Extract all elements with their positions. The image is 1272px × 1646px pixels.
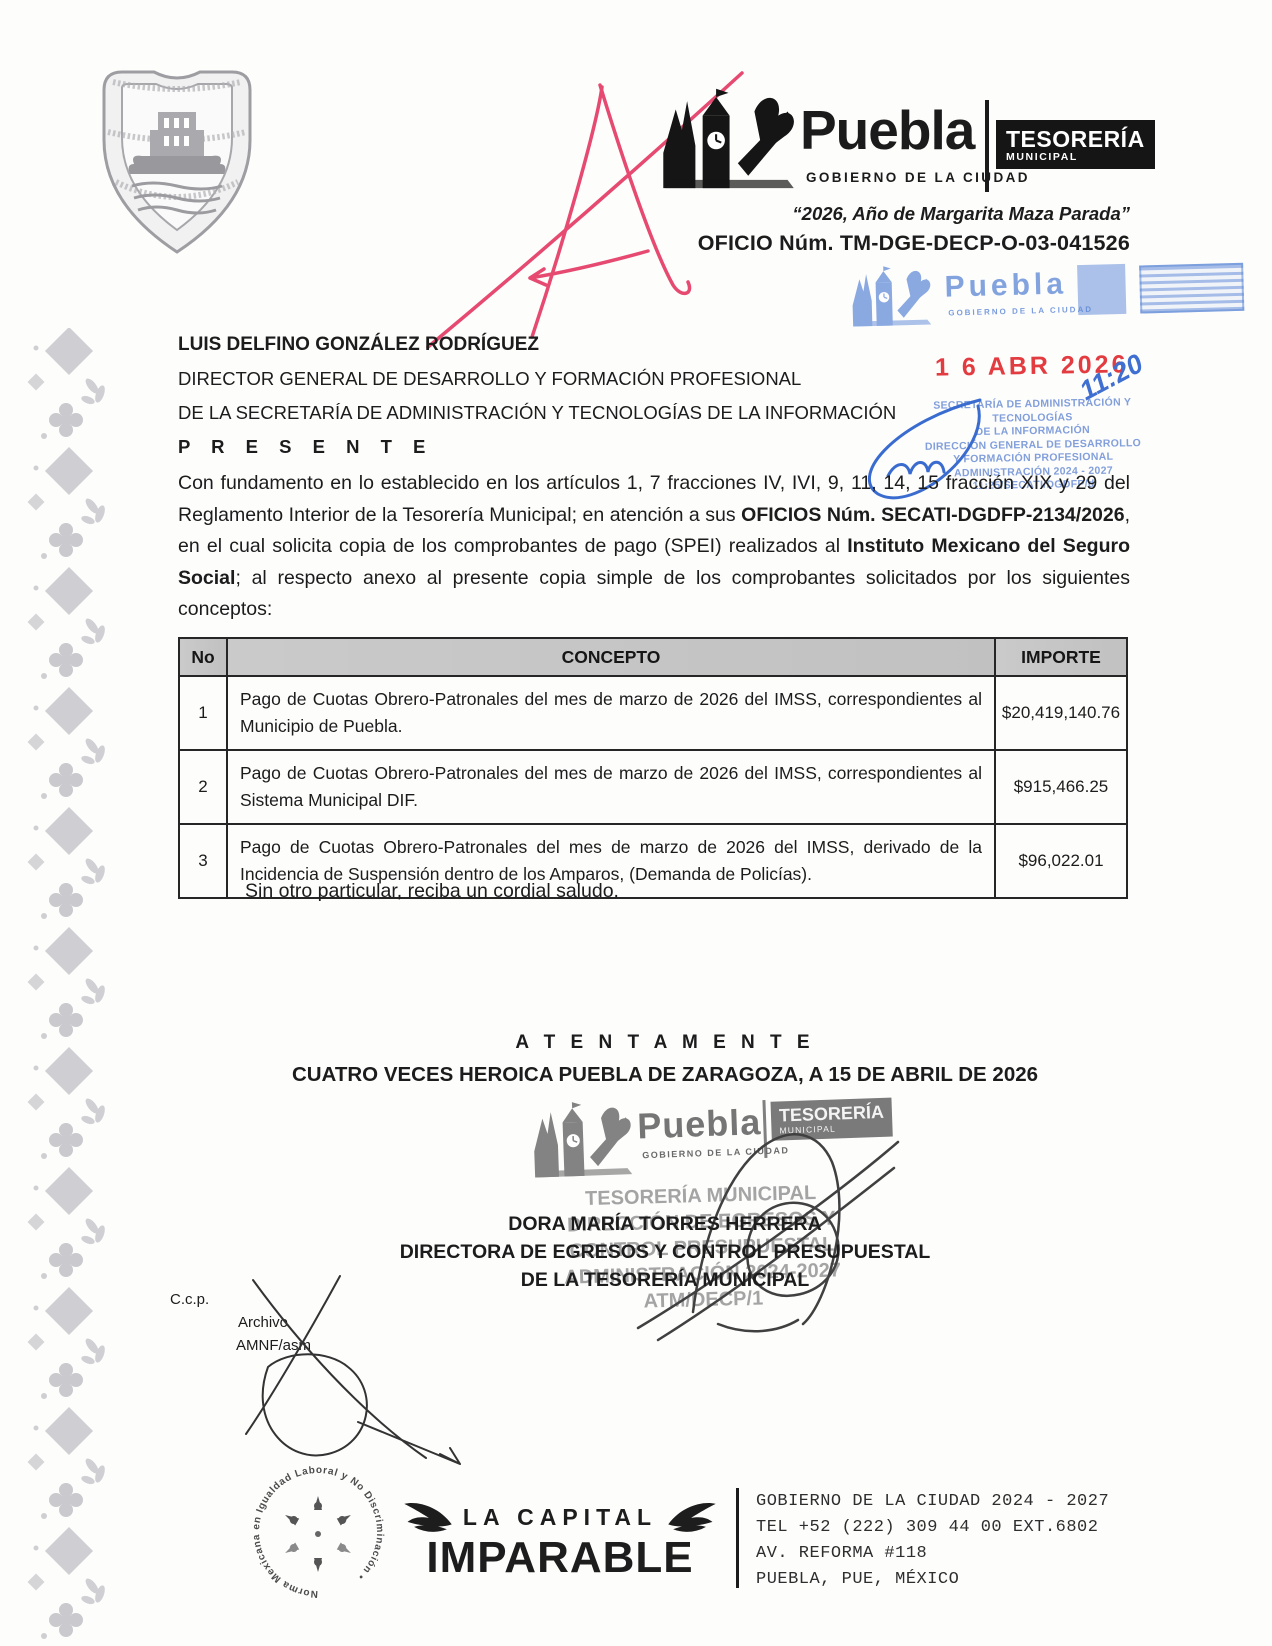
- brand-wordmark: Puebla: [800, 103, 974, 158]
- row-concepto: Pago de Cuotas Obrero-Patronales del mes…: [227, 676, 995, 750]
- row-importe: $915,466.25: [995, 750, 1127, 824]
- wing-right-icon: [665, 1498, 719, 1536]
- oficio-number: OFICIO Núm. TM-DGE-DECP-O-03-041526: [560, 231, 1130, 256]
- atentamente: A T E N T A M E N T E: [160, 1032, 1170, 1054]
- crossout-scribble: [208, 1272, 508, 1472]
- row-no: 1: [179, 676, 227, 750]
- wing-left-icon: [401, 1498, 455, 1536]
- tesoreria-badge-line2: MUNICIPAL: [1006, 151, 1145, 163]
- ccp-label: C.c.p.: [170, 1291, 209, 1308]
- col-header-concepto: CONCEPTO: [227, 638, 995, 676]
- col-header-no: No: [179, 638, 227, 676]
- table-header-row: No CONCEPTO IMPORTE: [179, 638, 1127, 676]
- slogan-top: LA CAPITAL: [463, 1504, 657, 1531]
- table-row: 1 Pago de Cuotas Obrero-Patronales del m…: [179, 676, 1127, 750]
- footer-line: TEL +52 (222) 309 44 00 EXT.6802: [756, 1515, 1109, 1541]
- body-text: ; al respecto anexo al presente copia si…: [178, 567, 1130, 621]
- received-stamp-stripes: [1139, 263, 1244, 314]
- seal-figures: [283, 1496, 353, 1572]
- signature-scribble: [598, 1072, 910, 1347]
- footer-address: GOBIERNO DE LA CIUDAD 2024 - 2027 TEL +5…: [756, 1489, 1109, 1593]
- brand-subtitle: GOBIERNO DE LA CIUDAD: [806, 170, 1030, 185]
- received-stamp: Puebla GOBIERNO DE LA CIUDAD: [844, 257, 1246, 345]
- footer-line: GOBIERNO DE LA CIUDAD 2024 - 2027: [756, 1489, 1109, 1515]
- la-capital-imparable-logo: LA CAPITAL IMPARABLE: [398, 1498, 722, 1580]
- row-no: 2: [179, 750, 227, 824]
- tesoreria-badge: TESORERÍA MUNICIPAL: [996, 120, 1155, 169]
- footer-line: AV. REFORMA #118: [756, 1541, 1109, 1567]
- igualdad-laboral-seal: Norma Mexicana en Igualdad Laboral y No …: [248, 1462, 388, 1602]
- received-stamp-skyline-icon: [844, 265, 938, 329]
- talavera-border-pattern: [14, 328, 110, 1646]
- brand-divider: [985, 100, 989, 192]
- row-importe: $96,022.01: [995, 824, 1127, 898]
- puebla-coat-of-arms: [92, 62, 262, 262]
- slogan-big: IMPARABLE: [398, 1536, 722, 1580]
- puebla-skyline-icon: [655, 88, 800, 193]
- footer-divider: [736, 1488, 739, 1588]
- recipient-title2: DE LA SECRETARÍA DE ADMINISTRACIÓN Y TEC…: [178, 396, 896, 430]
- row-concepto: Pago de Cuotas Obrero-Patronales del mes…: [227, 750, 995, 824]
- tesoreria-badge-line1: TESORERÍA: [1006, 127, 1145, 151]
- payments-table: No CONCEPTO IMPORTE 1 Pago de Cuotas Obr…: [178, 637, 1128, 899]
- recipient-title1: DIRECTOR GENERAL DE DESARROLLO Y FORMACI…: [178, 362, 896, 396]
- received-stamp-brand: Puebla: [944, 267, 1067, 304]
- table-row: 2 Pago de Cuotas Obrero-Patronales del m…: [179, 750, 1127, 824]
- signer-title1: DIRECTORA DE EGRESOS Y CONTROL PRESUPUES…: [160, 1241, 1170, 1264]
- received-stamp-box: [1077, 264, 1126, 315]
- row-no: 3: [179, 824, 227, 898]
- footer-line: PUEBLA, PUE, MÉXICO: [756, 1567, 1109, 1593]
- col-header-importe: IMPORTE: [995, 638, 1127, 676]
- body-paragraph: Con fundamento en lo establecido en los …: [178, 438, 1130, 626]
- closing-line: Sin otro particular, reciba un cordial s…: [245, 880, 619, 903]
- recipient-name: LUIS DELFINO GONZÁLEZ RODRÍGUEZ: [178, 328, 896, 362]
- signer-name: DORA MARÍA TORRES HERRERA: [160, 1213, 1170, 1236]
- year-motto: “2026, Año de Margarita Maza Parada”: [600, 203, 1130, 225]
- row-importe: $20,419,140.76: [995, 676, 1127, 750]
- received-stamp-sub: GOBIERNO DE LA CIUDAD: [948, 305, 1093, 318]
- body-bold-oficios: OFICIOS Núm. SECATI-DGDFP-2134/2026: [741, 504, 1124, 526]
